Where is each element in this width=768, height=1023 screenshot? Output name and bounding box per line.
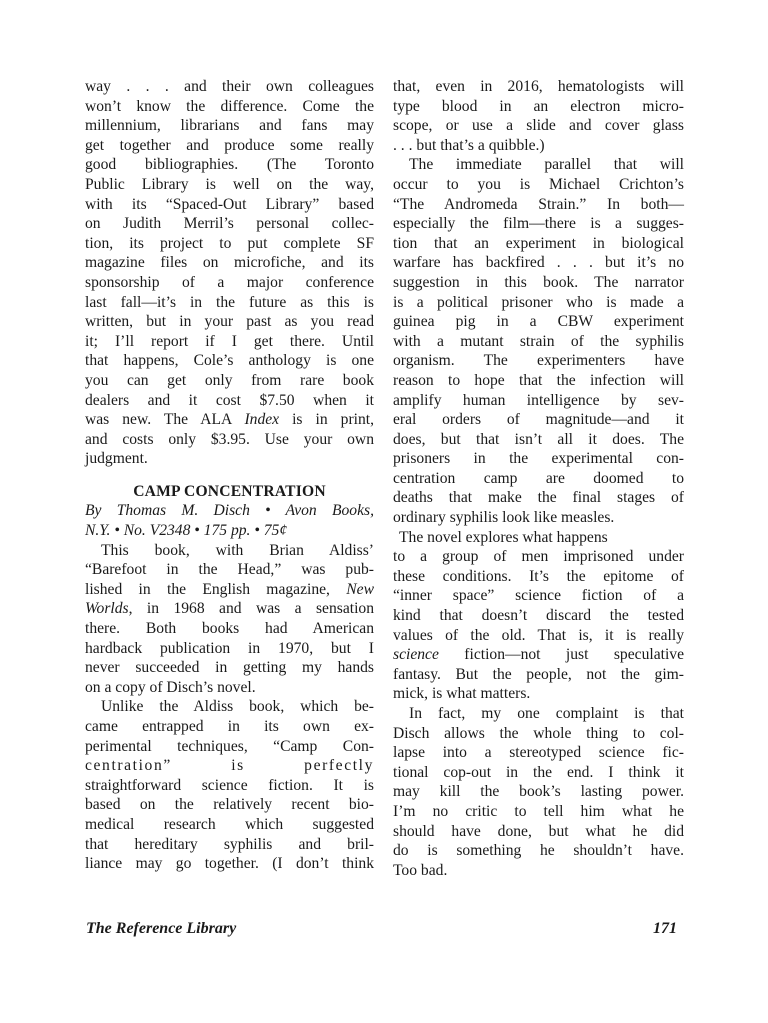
text-line: with a mutant strain of the syphilis: [393, 332, 684, 352]
text-line: that, even in 2016, hematologists will: [393, 77, 684, 97]
text-line: you can get only from rare book: [85, 371, 374, 391]
text-line: amplify human intelligence by sev-: [393, 391, 684, 411]
text-line: last fall—it’s in the future as this is: [85, 293, 374, 313]
left-column: way . . . and their own colleagues won’t…: [85, 77, 374, 874]
text-line: may kill the book’s lasting power.: [393, 782, 684, 802]
text-line: never succeeded in getting my hands: [85, 658, 374, 678]
text-line: I’m no critic to tell him what he: [393, 802, 684, 822]
text-line: deaths that make the final stages of: [393, 488, 684, 508]
text-line: . . . but that’s a quibble.): [393, 136, 684, 156]
text-line: way . . . and their own colleagues: [85, 77, 374, 97]
text-line: centration camp are doomed to: [393, 469, 684, 489]
text-line: centration” is perfectly: [85, 756, 374, 776]
text-line: lished in the English magazine, New: [85, 580, 374, 600]
text-line: magazine files on microfiche, and its: [85, 253, 374, 273]
text-line: The novel explores what happens: [393, 528, 684, 548]
paragraph-right-2: The immediate parallel that will occur t…: [393, 155, 684, 527]
text-line: science fiction—not just speculative: [393, 645, 684, 665]
text-line: tion that an experiment in biological: [393, 234, 684, 254]
text-line: The immediate parallel that will: [393, 155, 684, 175]
text-line: guinea pig in a CBW experiment: [393, 312, 684, 332]
magazine-page: way . . . and their own colleagues won’t…: [0, 0, 768, 1023]
text-line: values of the old. That is, it is really: [393, 626, 684, 646]
text-line: warfare has backfired . . . but it’s no: [393, 253, 684, 273]
text-line: that hereditary syphilis and bril-: [85, 835, 374, 855]
right-column: that, even in 2016, hematologists will t…: [393, 77, 684, 880]
text-line: “inner space” science fiction of a: [393, 586, 684, 606]
text-line: “The Andromeda Strain.” In both—: [393, 195, 684, 215]
page-number: 171: [653, 920, 677, 938]
text-line: get together and produce some really: [85, 136, 374, 156]
footer-section-title: The Reference Library: [86, 920, 236, 938]
text-line: sponsorship of a major conference: [85, 273, 374, 293]
text-line: and costs only $3.95. Use your own: [85, 430, 374, 450]
paragraph-right-3: The novel explores what happens to a gro…: [393, 528, 684, 704]
text-line: lapse into a stereotyped science fic-: [393, 743, 684, 763]
paragraph-right-1: that, even in 2016, hematologists will t…: [393, 77, 684, 155]
text-line: eral orders of magnitude—and it: [393, 410, 684, 430]
text-line: liance may go together. (I don’t think: [85, 854, 374, 874]
text-line: these conditions. It’s the epitome of: [393, 567, 684, 587]
text-line: “Barefoot in the Head,” was pub-: [85, 560, 374, 580]
text-line: with its “Spaced-Out Library” based: [85, 195, 374, 215]
text-line: was new. The ALA Index is in print,: [85, 410, 374, 430]
text-line: reason to hope that the infection will: [393, 371, 684, 391]
text-line: Worlds, in 1968 and was a sensation: [85, 599, 374, 619]
text-line: fantasy. But the people, not the gim-: [393, 665, 684, 685]
text-line: do is something he shouldn’t have.: [393, 841, 684, 861]
text-line: written, but in your past as you read: [85, 312, 374, 332]
review-heading: CAMP CONCENTRATION: [85, 482, 374, 502]
new-worlds-italic: Worlds: [85, 600, 129, 617]
text-line: organism. The experimenters have: [393, 351, 684, 371]
text-line: won’t know the difference. Come the: [85, 97, 374, 117]
paragraph-review-1: This book, with Brian Aldiss’ “Barefoot …: [85, 541, 374, 698]
text-line: This book, with Brian Aldiss’: [85, 541, 374, 561]
science-italic: science: [393, 646, 439, 663]
text-line: Too bad.: [393, 861, 684, 881]
text-line: to a group of men imprisoned under: [393, 547, 684, 567]
text-line: especially the film—there is a sugges-: [393, 214, 684, 234]
text-line: mick, is what matters.: [393, 684, 684, 704]
text-line: type blood in an electron micro-: [393, 97, 684, 117]
text-line: dealers and it cost $7.50 when it: [85, 391, 374, 411]
paragraph-intro-continued: way . . . and their own colleagues won’t…: [85, 77, 374, 469]
text-line: is a political prisoner who is made a: [393, 293, 684, 313]
text-line: kind that doesn’t discard the tested: [393, 606, 684, 626]
text-line: Disch allows the whole thing to col-: [393, 724, 684, 744]
text-line: millennium, librarians and fans may: [85, 116, 374, 136]
text-line: Public Library is well on the way,: [85, 175, 374, 195]
paragraph-review-2: Unlike the Aldiss book, which be- came e…: [85, 697, 374, 873]
text-line: hardback publication in 1970, but I: [85, 639, 374, 659]
text-line: prisoners in the experimental con-: [393, 449, 684, 469]
review-byline: N.Y. • No. V2348 • 175 pp. • 75¢: [85, 521, 374, 541]
text-line: on a copy of Disch’s novel.: [85, 678, 374, 698]
text-line: judgment.: [85, 449, 374, 469]
text-line: based on the relatively recent bio-: [85, 795, 374, 815]
paragraph-right-4: In fact, my one complaint is that Disch …: [393, 704, 684, 880]
text-line: scope, or use a slide and cover glass: [393, 116, 684, 136]
text-line: In fact, my one complaint is that: [393, 704, 684, 724]
text-line: good bibliographies. (The Toronto: [85, 155, 374, 175]
text-line: tion, its project to put complete SF: [85, 234, 374, 254]
text-line: perimental techniques, “Camp Con-: [85, 737, 374, 757]
text-line: that happens, Cole’s anthology is one: [85, 351, 374, 371]
text-line: tional cop-out in the end. I think it: [393, 763, 684, 783]
text-line: occur to you is Michael Crichton’s: [393, 175, 684, 195]
text-line: there. Both books had American: [85, 619, 374, 639]
new-worlds-italic: New: [346, 581, 374, 598]
text-line: Unlike the Aldiss book, which be-: [85, 697, 374, 717]
text-line: straightforward science fiction. It is: [85, 776, 374, 796]
review-byline: By Thomas M. Disch • Avon Books,: [85, 501, 374, 521]
text-line: should have done, but what he did: [393, 822, 684, 842]
text-line: it; I’ll report if I get there. Until: [85, 332, 374, 352]
text-line: on Judith Merril’s personal collec-: [85, 214, 374, 234]
text-line: medical research which suggested: [85, 815, 374, 835]
index-italic: Index: [244, 411, 279, 428]
text-line: does, but that isn’t all it does. The: [393, 430, 684, 450]
text-line: suggestion in this book. The narrator: [393, 273, 684, 293]
text-line: ordinary syphilis look like measles.: [393, 508, 684, 528]
text-line: came entrapped in its own ex-: [85, 717, 374, 737]
